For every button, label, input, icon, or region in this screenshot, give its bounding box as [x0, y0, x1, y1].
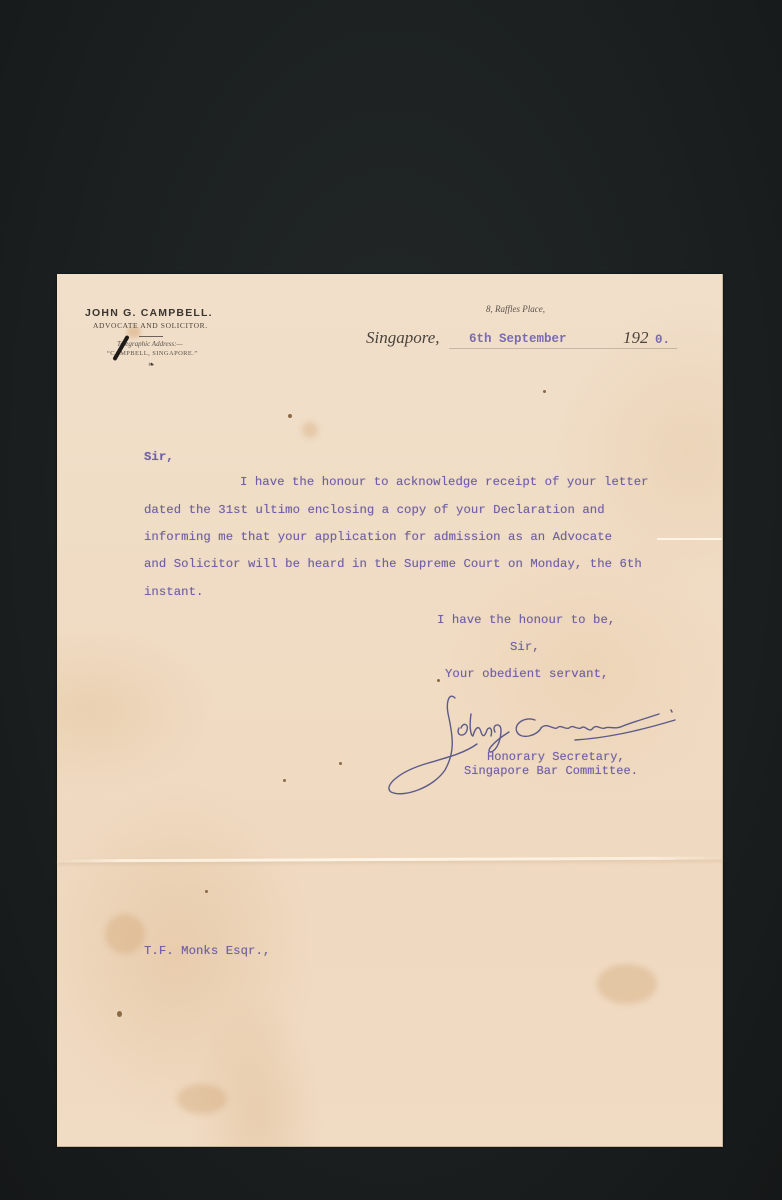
addressee: T.F. Monks Esqr., [144, 944, 270, 958]
closing-line: I have the honour to be, [437, 613, 615, 627]
closing-line: Sir, [510, 640, 540, 654]
stain [302, 422, 318, 438]
foxing-spot [288, 414, 292, 418]
body-line: and Solicitor will be heard in the Supre… [144, 557, 642, 571]
signatory-title: Honorary Secretary, [487, 750, 625, 764]
body-line: informing me that your application for a… [144, 530, 612, 544]
letterhead-rule [139, 336, 163, 337]
letter-paper: JOHN G. CAMPBELL. ADVOCATE AND SOLICITOR… [57, 274, 723, 1147]
foxing-spot [339, 762, 342, 765]
year-typed: 0. [655, 333, 670, 347]
foxing-spot [283, 779, 286, 782]
date-typed: 6th September [469, 332, 567, 346]
signatory-organization: Singapore Bar Committee. [464, 764, 638, 778]
date-rule [449, 348, 677, 349]
ornament-icon: ❧ [148, 360, 155, 369]
foxing-spot [543, 390, 546, 393]
foxing-spot [437, 679, 440, 682]
street-address: 8, Raffles Place, [486, 304, 545, 314]
body-line: dated the 31st ultimo enclosing a copy o… [144, 503, 605, 517]
stain [105, 914, 145, 954]
foxing-spot [205, 890, 208, 893]
handwritten-signature [385, 688, 685, 803]
closing-line: Your obedient servant, [445, 667, 608, 681]
body-line: instant. [144, 585, 203, 599]
letterhead-name: JOHN G. CAMPBELL. [85, 307, 213, 319]
foxing-spot [117, 1011, 122, 1017]
stain [177, 1084, 227, 1114]
year-printed: 192 [623, 328, 649, 348]
place-name: Singapore, [366, 328, 440, 348]
stain [597, 964, 657, 1004]
body-line: I have the honour to acknowledge receipt… [240, 475, 649, 489]
small-crease [657, 538, 722, 540]
pin-mark [112, 335, 129, 361]
salutation: Sir, [144, 450, 174, 464]
letterhead-title: ADVOCATE AND SOLICITOR. [93, 321, 208, 330]
fold-crease [57, 857, 722, 863]
